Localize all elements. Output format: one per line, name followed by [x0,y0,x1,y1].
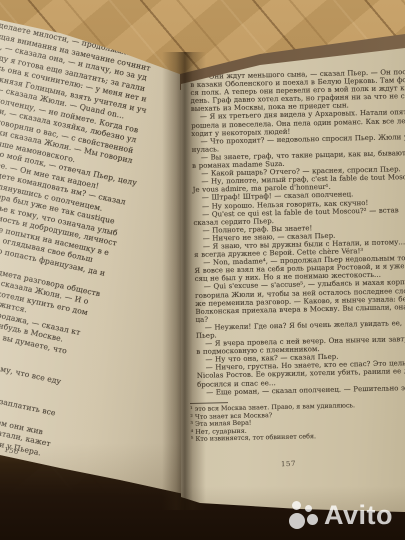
avito-brand-text: Avito [324,502,393,529]
left-page-text: не делаете милости, — продолжала Жбращая… [0,18,189,471]
right-page-text: — Они ждут меньшого сына, — сказал Пьер.… [190,68,405,397]
open-book: не делаете милости, — продолжала Жбращая… [0,0,405,540]
left-page-number: 156 [3,446,19,456]
avito-circle-icon [289,513,305,529]
avito-circle-icon [292,501,301,510]
avito-watermark: Avito [289,500,393,530]
footnotes-block: ¹ это вся Москва знает. Право, я вам уди… [190,398,401,443]
avito-logo-icon [289,500,319,530]
avito-circle-icon [307,514,318,525]
book-photo: не делаете милости, — продолжала Жбращая… [0,0,405,540]
avito-circle-icon [305,505,312,512]
right-page-number: 157 [281,460,296,468]
footnote-lines: ¹ это вся Москва знает. Право, я вам уди… [190,401,401,443]
